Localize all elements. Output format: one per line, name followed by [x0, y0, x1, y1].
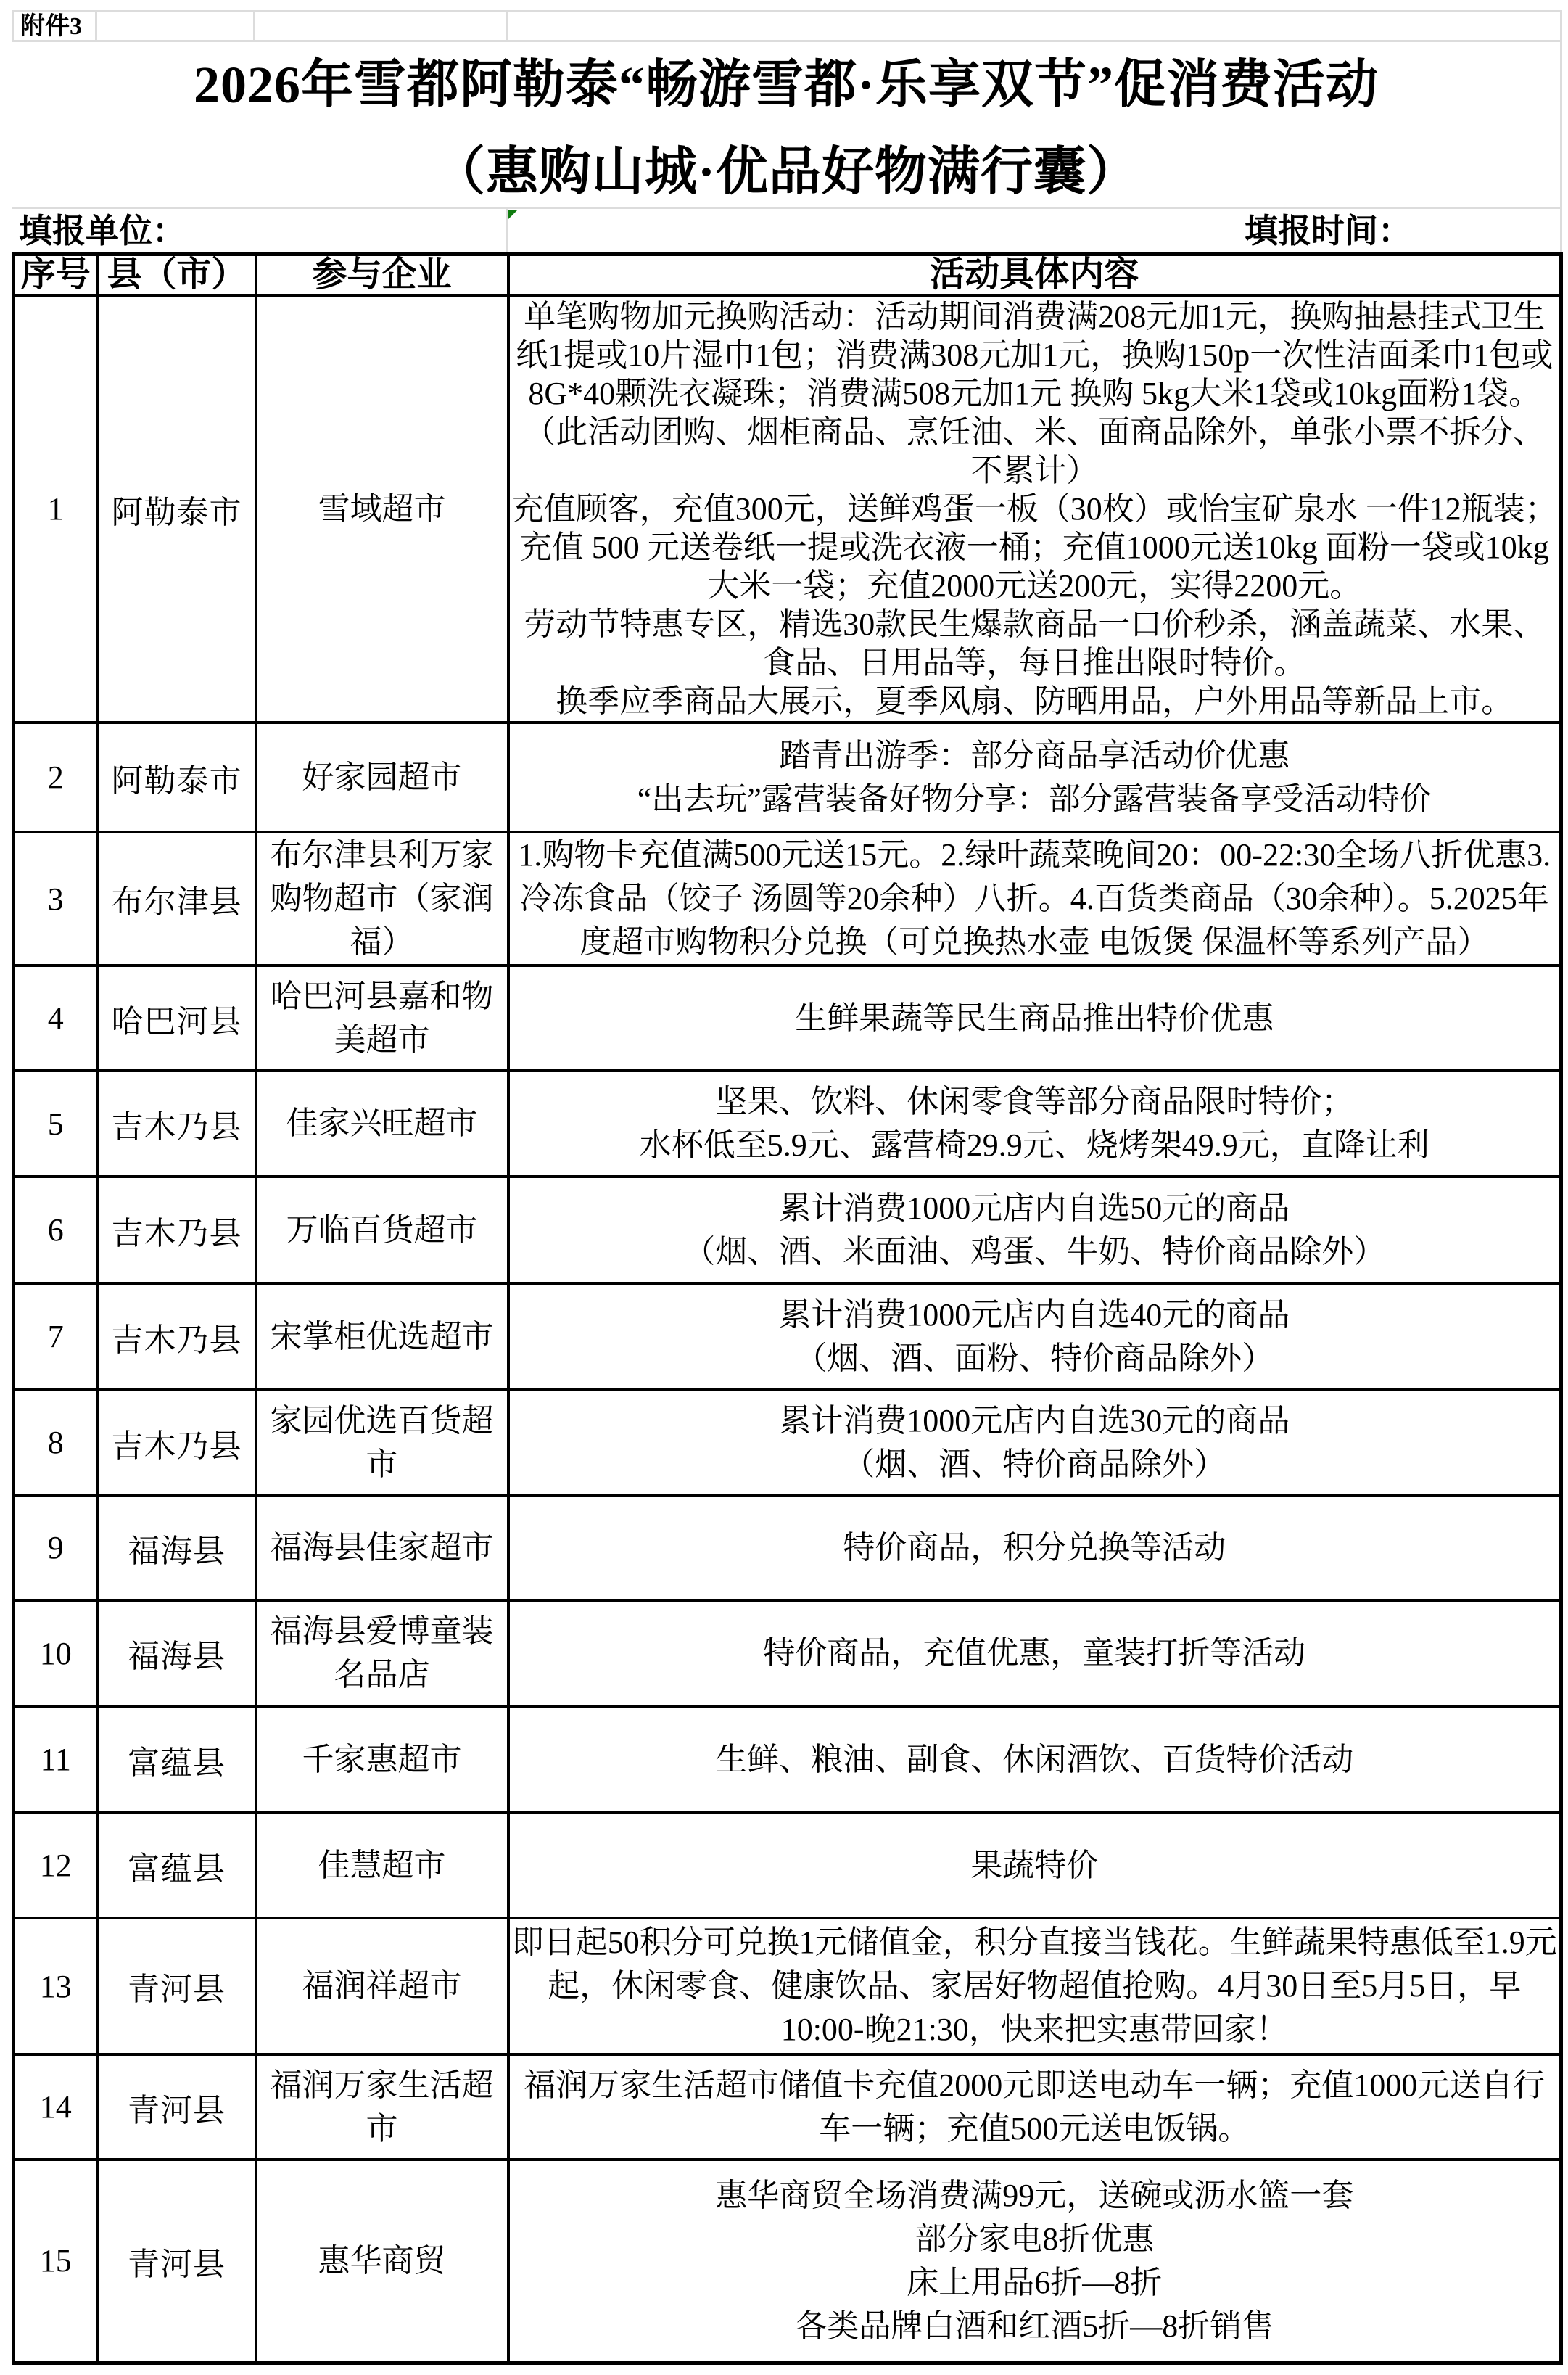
content-paragraph: 生鲜、粮油、副食、休闲酒饮、百货特价活动	[510, 1738, 1560, 1782]
cell-serial-number: 11	[14, 1706, 98, 1813]
table-row: 9福海县福海县佳家超市特价商品，积分兑换等活动	[14, 1495, 1561, 1600]
cell-county: 福海县	[98, 1495, 256, 1600]
title-line-2: （惠购山城·优品好物满行囊）	[433, 129, 1139, 205]
cell-company: 佳家兴旺超市	[256, 1071, 508, 1177]
cell-county: 哈巴河县	[98, 966, 256, 1071]
table-row: 10福海县福海县爱博童装名品店特价商品，充值优惠，童装打折等活动	[14, 1600, 1561, 1706]
content-paragraph: （此活动团购、烟柜商品、烹饪油、米、面商品除外，单张小票不拆分、不累计）	[510, 413, 1560, 490]
cell-county: 富蕴县	[98, 1706, 256, 1813]
header-county: 县（市）	[98, 255, 256, 296]
table-row: 13青河县福润祥超市即日起50积分可兑换1元储值金，积分直接当钱花。生鲜蔬果特惠…	[14, 1918, 1561, 2054]
content-paragraph: 劳动节特惠专区，精选30款民生爆款商品一口价秒杀，涵盖蔬菜、水果、食品、日用品等…	[510, 605, 1560, 682]
cell-company: 好家园超市	[256, 723, 508, 832]
cell-serial-number: 4	[14, 966, 98, 1071]
cell-activity-content: 累计消费1000元店内自选50元的商品（烟、酒、米面油、鸡蛋、牛奶、特价商品除外…	[508, 1177, 1561, 1283]
table-header-row: 序号 县（市） 参与企业 活动具体内容	[14, 255, 1561, 296]
reporting-unit-label: 填报单位：	[19, 213, 186, 250]
sheet-gridline-vertical	[12, 10, 14, 42]
content-paragraph: 坚果、饮料、休闲零食等部分商品限时特价；	[510, 1080, 1560, 1124]
content-paragraph: “出去玩”露营装备好物分享：部分露营装备享受活动特价	[510, 778, 1560, 821]
attachment-label: 附件3	[20, 13, 82, 41]
cell-serial-number: 15	[14, 2160, 98, 2363]
cell-serial-number: 6	[14, 1177, 98, 1283]
cell-serial-number: 12	[14, 1813, 98, 1918]
cell-county: 阿勒泰市	[98, 723, 256, 832]
cell-activity-content: 生鲜果蔬等民生商品推出特价优惠	[508, 966, 1561, 1071]
cell-activity-content: 生鲜、粮油、副食、休闲酒饮、百货特价活动	[508, 1706, 1561, 1813]
cell-county: 吉木乃县	[98, 1390, 256, 1495]
cell-company: 千家惠超市	[256, 1706, 508, 1813]
content-paragraph: 特价商品，积分兑换等活动	[510, 1526, 1560, 1570]
cell-company: 福海县爱博童装名品店	[256, 1600, 508, 1706]
cell-company: 佳慧超市	[256, 1813, 508, 1918]
table-row: 12富蕴县佳慧超市果蔬特价	[14, 1813, 1561, 1918]
cell-activity-content: 累计消费1000元店内自选30元的商品（烟、酒、特价商品除外）	[508, 1390, 1561, 1495]
cell-activity-content: 累计消费1000元店内自选40元的商品（烟、酒、面粉、特价商品除外）	[508, 1283, 1561, 1390]
cell-county: 青河县	[98, 2160, 256, 2363]
cell-activity-content: 1.购物卡充值满500元送15元。2.绿叶蔬菜晚间20：00-22:30全场八折…	[508, 832, 1561, 966]
table-row: 3布尔津县布尔津县利万家购物超市（家润福）1.购物卡充值满500元送15元。2.…	[14, 832, 1561, 966]
cell-county: 青河县	[98, 1918, 256, 2054]
cell-company: 布尔津县利万家购物超市（家润福）	[256, 832, 508, 966]
title-line-1: 2026年雪都阿勒泰“畅游雪都·乐享双节”促消费活动	[194, 42, 1379, 118]
reporting-time-label: 填报时间：	[1245, 213, 1411, 250]
cell-company: 惠华商贸	[256, 2160, 508, 2363]
cell-county: 福海县	[98, 1600, 256, 1706]
content-paragraph: 床上用品6折—8折	[510, 2261, 1560, 2305]
table-row: 14青河县福润万家生活超市福润万家生活超市储值卡充值2000元即送电动车一辆；充…	[14, 2054, 1561, 2160]
cell-activity-content: 特价商品，积分兑换等活动	[508, 1495, 1561, 1600]
content-paragraph: 惠华商贸全场消费满99元，送碗或沥水篮一套	[510, 2174, 1560, 2218]
content-paragraph: （烟、酒、面粉、特价商品除外）	[510, 1337, 1560, 1380]
cell-serial-number: 14	[14, 2054, 98, 2160]
document-page: 附件3 2026年雪都阿勒泰“畅游雪都·乐享双节”促消费活动 （惠购山城·优品好…	[0, 0, 1568, 2375]
cell-activity-content: 惠华商贸全场消费满99元，送碗或沥水篮一套部分家电8折优惠床上用品6折—8折各类…	[508, 2160, 1561, 2363]
table-row: 4哈巴河县哈巴河县嘉和物美超市生鲜果蔬等民生商品推出特价优惠	[14, 966, 1561, 1071]
cell-company: 福润祥超市	[256, 1918, 508, 2054]
cell-company: 哈巴河县嘉和物美超市	[256, 966, 508, 1071]
table-row: 8吉木乃县家园优选百货超市累计消费1000元店内自选30元的商品（烟、酒、特价商…	[14, 1390, 1561, 1495]
table-row: 5吉木乃县佳家兴旺超市坚果、饮料、休闲零食等部分商品限时特价；水杯低至5.9元、…	[14, 1071, 1561, 1177]
cell-serial-number: 10	[14, 1600, 98, 1706]
cell-county: 富蕴县	[98, 1813, 256, 1918]
sheet-gridline-horizontal	[12, 10, 1562, 12]
content-paragraph: 特价商品，充值优惠，童装打折等活动	[510, 1631, 1560, 1675]
content-paragraph: 累计消费1000元店内自选50元的商品	[510, 1187, 1560, 1230]
cell-activity-content: 特价商品，充值优惠，童装打折等活动	[508, 1600, 1561, 1706]
cell-serial-number: 1	[14, 295, 98, 723]
content-paragraph: 累计消费1000元店内自选30元的商品	[510, 1399, 1560, 1443]
cell-serial-number: 2	[14, 723, 98, 832]
table-row: 7吉木乃县宋掌柜优选超市累计消费1000元店内自选40元的商品（烟、酒、面粉、特…	[14, 1283, 1561, 1390]
cell-county: 青河县	[98, 2054, 256, 2160]
content-paragraph: 福润万家生活超市储值卡充值2000元即送电动车一辆；充值1000元送自行车一辆；…	[510, 2064, 1560, 2151]
content-paragraph: 1.购物卡充值满500元送15元。2.绿叶蔬菜晚间20：00-22:30全场八折…	[510, 833, 1560, 964]
cell-company: 宋掌柜优选超市	[256, 1283, 508, 1390]
content-paragraph: 部分家电8折优惠	[510, 2218, 1560, 2261]
cell-activity-content: 坚果、饮料、休闲零食等部分商品限时特价；水杯低至5.9元、露营椅29.9元、烧烤…	[508, 1071, 1561, 1177]
cell-serial-number: 7	[14, 1283, 98, 1390]
content-paragraph: 换季应季商品大展示，夏季风扇、防晒用品，户外用品等新品上市。	[510, 682, 1560, 720]
content-paragraph: 充值顾客，充值300元，送鲜鸡蛋一板（30枚）或怡宝矿泉水 一件12瓶装；充值 …	[510, 490, 1560, 605]
cell-serial-number: 8	[14, 1390, 98, 1495]
sheet-gridline-vertical	[253, 10, 255, 42]
content-paragraph: 累计消费1000元店内自选40元的商品	[510, 1293, 1560, 1337]
sheet-gridline-vertical	[506, 10, 508, 42]
form-meta-row: 填报单位： 填报时间：	[12, 209, 1561, 252]
table-row: 1阿勒泰市雪域超市单笔购物加元换购活动：活动期间消费满208元加1元，换购抽悬挂…	[14, 295, 1561, 723]
header-no: 序号	[14, 255, 98, 296]
cell-county: 吉木乃县	[98, 1177, 256, 1283]
cell-company: 雪域超市	[256, 295, 508, 723]
table-header: 序号 县（市） 参与企业 活动具体内容	[14, 255, 1561, 296]
sheet-gridline-vertical	[95, 10, 97, 42]
cell-corner-flag-icon	[508, 210, 517, 220]
cell-activity-content: 福润万家生活超市储值卡充值2000元即送电动车一辆；充值1000元送自行车一辆；…	[508, 2054, 1561, 2160]
content-paragraph: 单笔购物加元换购活动：活动期间消费满208元加1元，换购抽悬挂式卫生纸1提或10…	[510, 297, 1560, 413]
document-title: 2026年雪都阿勒泰“畅游雪都·乐享双节”促消费活动 （惠购山城·优品好物满行囊…	[12, 41, 1561, 205]
content-paragraph: 生鲜果蔬等民生商品推出特价优惠	[510, 997, 1560, 1040]
content-paragraph: 即日起50积分可兑换1元储值金，积分直接当钱花。生鲜蔬果特惠低至1.9元起，休闲…	[510, 1921, 1560, 2051]
cell-serial-number: 3	[14, 832, 98, 966]
cell-company: 万临百货超市	[256, 1177, 508, 1283]
cell-county: 吉木乃县	[98, 1283, 256, 1390]
cell-activity-content: 单笔购物加元换购活动：活动期间消费满208元加1元，换购抽悬挂式卫生纸1提或10…	[508, 295, 1561, 723]
cell-company: 福润万家生活超市	[256, 2054, 508, 2160]
table-row: 6吉木乃县万临百货超市累计消费1000元店内自选50元的商品（烟、酒、米面油、鸡…	[14, 1177, 1561, 1283]
cell-county: 布尔津县	[98, 832, 256, 966]
header-company: 参与企业	[256, 255, 508, 296]
content-paragraph: 各类品牌白酒和红酒5折—8折销售	[510, 2305, 1560, 2348]
table-row: 15青河县惠华商贸惠华商贸全场消费满99元，送碗或沥水篮一套部分家电8折优惠床上…	[14, 2160, 1561, 2363]
cell-county: 吉木乃县	[98, 1071, 256, 1177]
content-paragraph: 果蔬特价	[510, 1844, 1560, 1888]
cell-serial-number: 5	[14, 1071, 98, 1177]
cell-serial-number: 9	[14, 1495, 98, 1600]
cell-activity-content: 果蔬特价	[508, 1813, 1561, 1918]
cell-company: 福海县佳家超市	[256, 1495, 508, 1600]
cell-county: 阿勒泰市	[98, 295, 256, 723]
content-paragraph: 水杯低至5.9元、露营椅29.9元、烧烤架49.9元，直降让利	[510, 1124, 1560, 1167]
content-paragraph: （烟、酒、米面油、鸡蛋、牛奶、特价商品除外）	[510, 1230, 1560, 1274]
activities-table: 序号 县（市） 参与企业 活动具体内容 1阿勒泰市雪域超市单笔购物加元换购活动：…	[12, 252, 1563, 2365]
table-row: 11富蕴县千家惠超市生鲜、粮油、副食、休闲酒饮、百货特价活动	[14, 1706, 1561, 1813]
header-content: 活动具体内容	[508, 255, 1561, 296]
cell-activity-content: 即日起50积分可兑换1元储值金，积分直接当钱花。生鲜蔬果特惠低至1.9元起，休闲…	[508, 1918, 1561, 2054]
cell-company: 家园优选百货超市	[256, 1390, 508, 1495]
cell-activity-content: 踏青出游季：部分商品享活动价优惠“出去玩”露营装备好物分享：部分露营装备享受活动…	[508, 723, 1561, 832]
table-row: 2阿勒泰市好家园超市踏青出游季：部分商品享活动价优惠“出去玩”露营装备好物分享：…	[14, 723, 1561, 832]
cell-serial-number: 13	[14, 1918, 98, 2054]
content-paragraph: （烟、酒、特价商品除外）	[510, 1443, 1560, 1486]
content-paragraph: 踏青出游季：部分商品享活动价优惠	[510, 734, 1560, 778]
